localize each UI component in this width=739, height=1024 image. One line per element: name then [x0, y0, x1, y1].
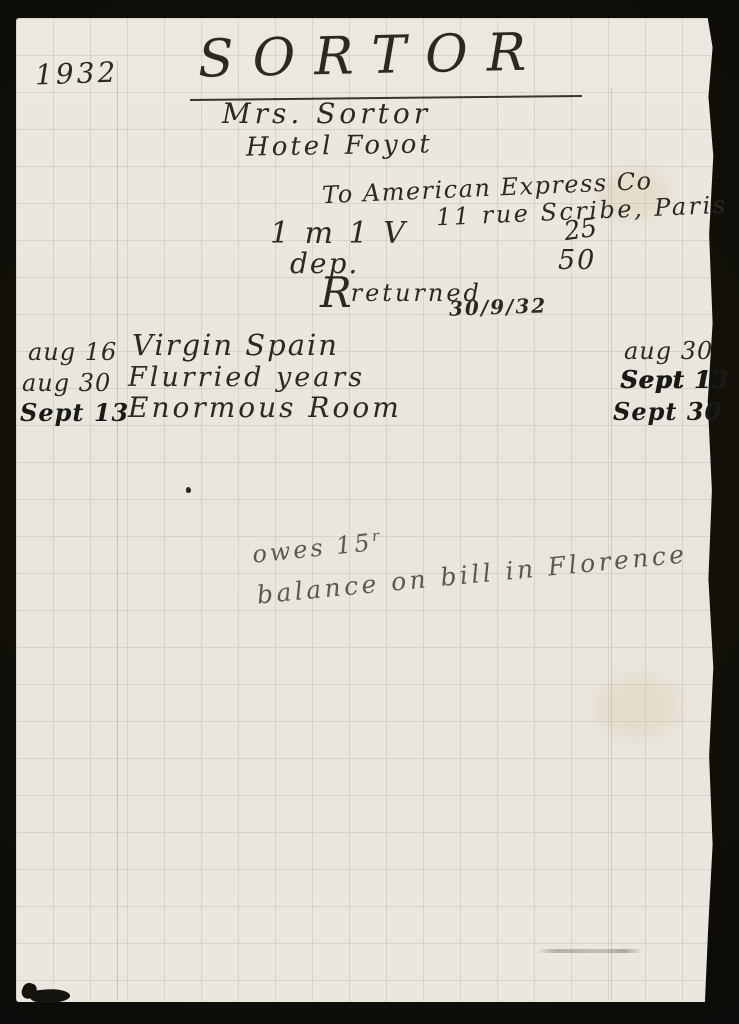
stray-ink-dot — [186, 487, 191, 493]
loan-borrow-date: Sept 13 — [20, 401, 129, 425]
scan-background: 1932 SORTOR Mrs. Sortor Hotel Foyot To A… — [0, 0, 739, 1024]
pencil-smudge-line — [537, 949, 643, 953]
loan-book-title: Enormous Room — [128, 394, 402, 422]
loan-row: Sept 13 Enormous Room Sept 30 — [0, 0, 739, 1024]
loan-return-date: Sept 30 — [613, 400, 722, 424]
owes-superscript: r — [371, 526, 383, 545]
